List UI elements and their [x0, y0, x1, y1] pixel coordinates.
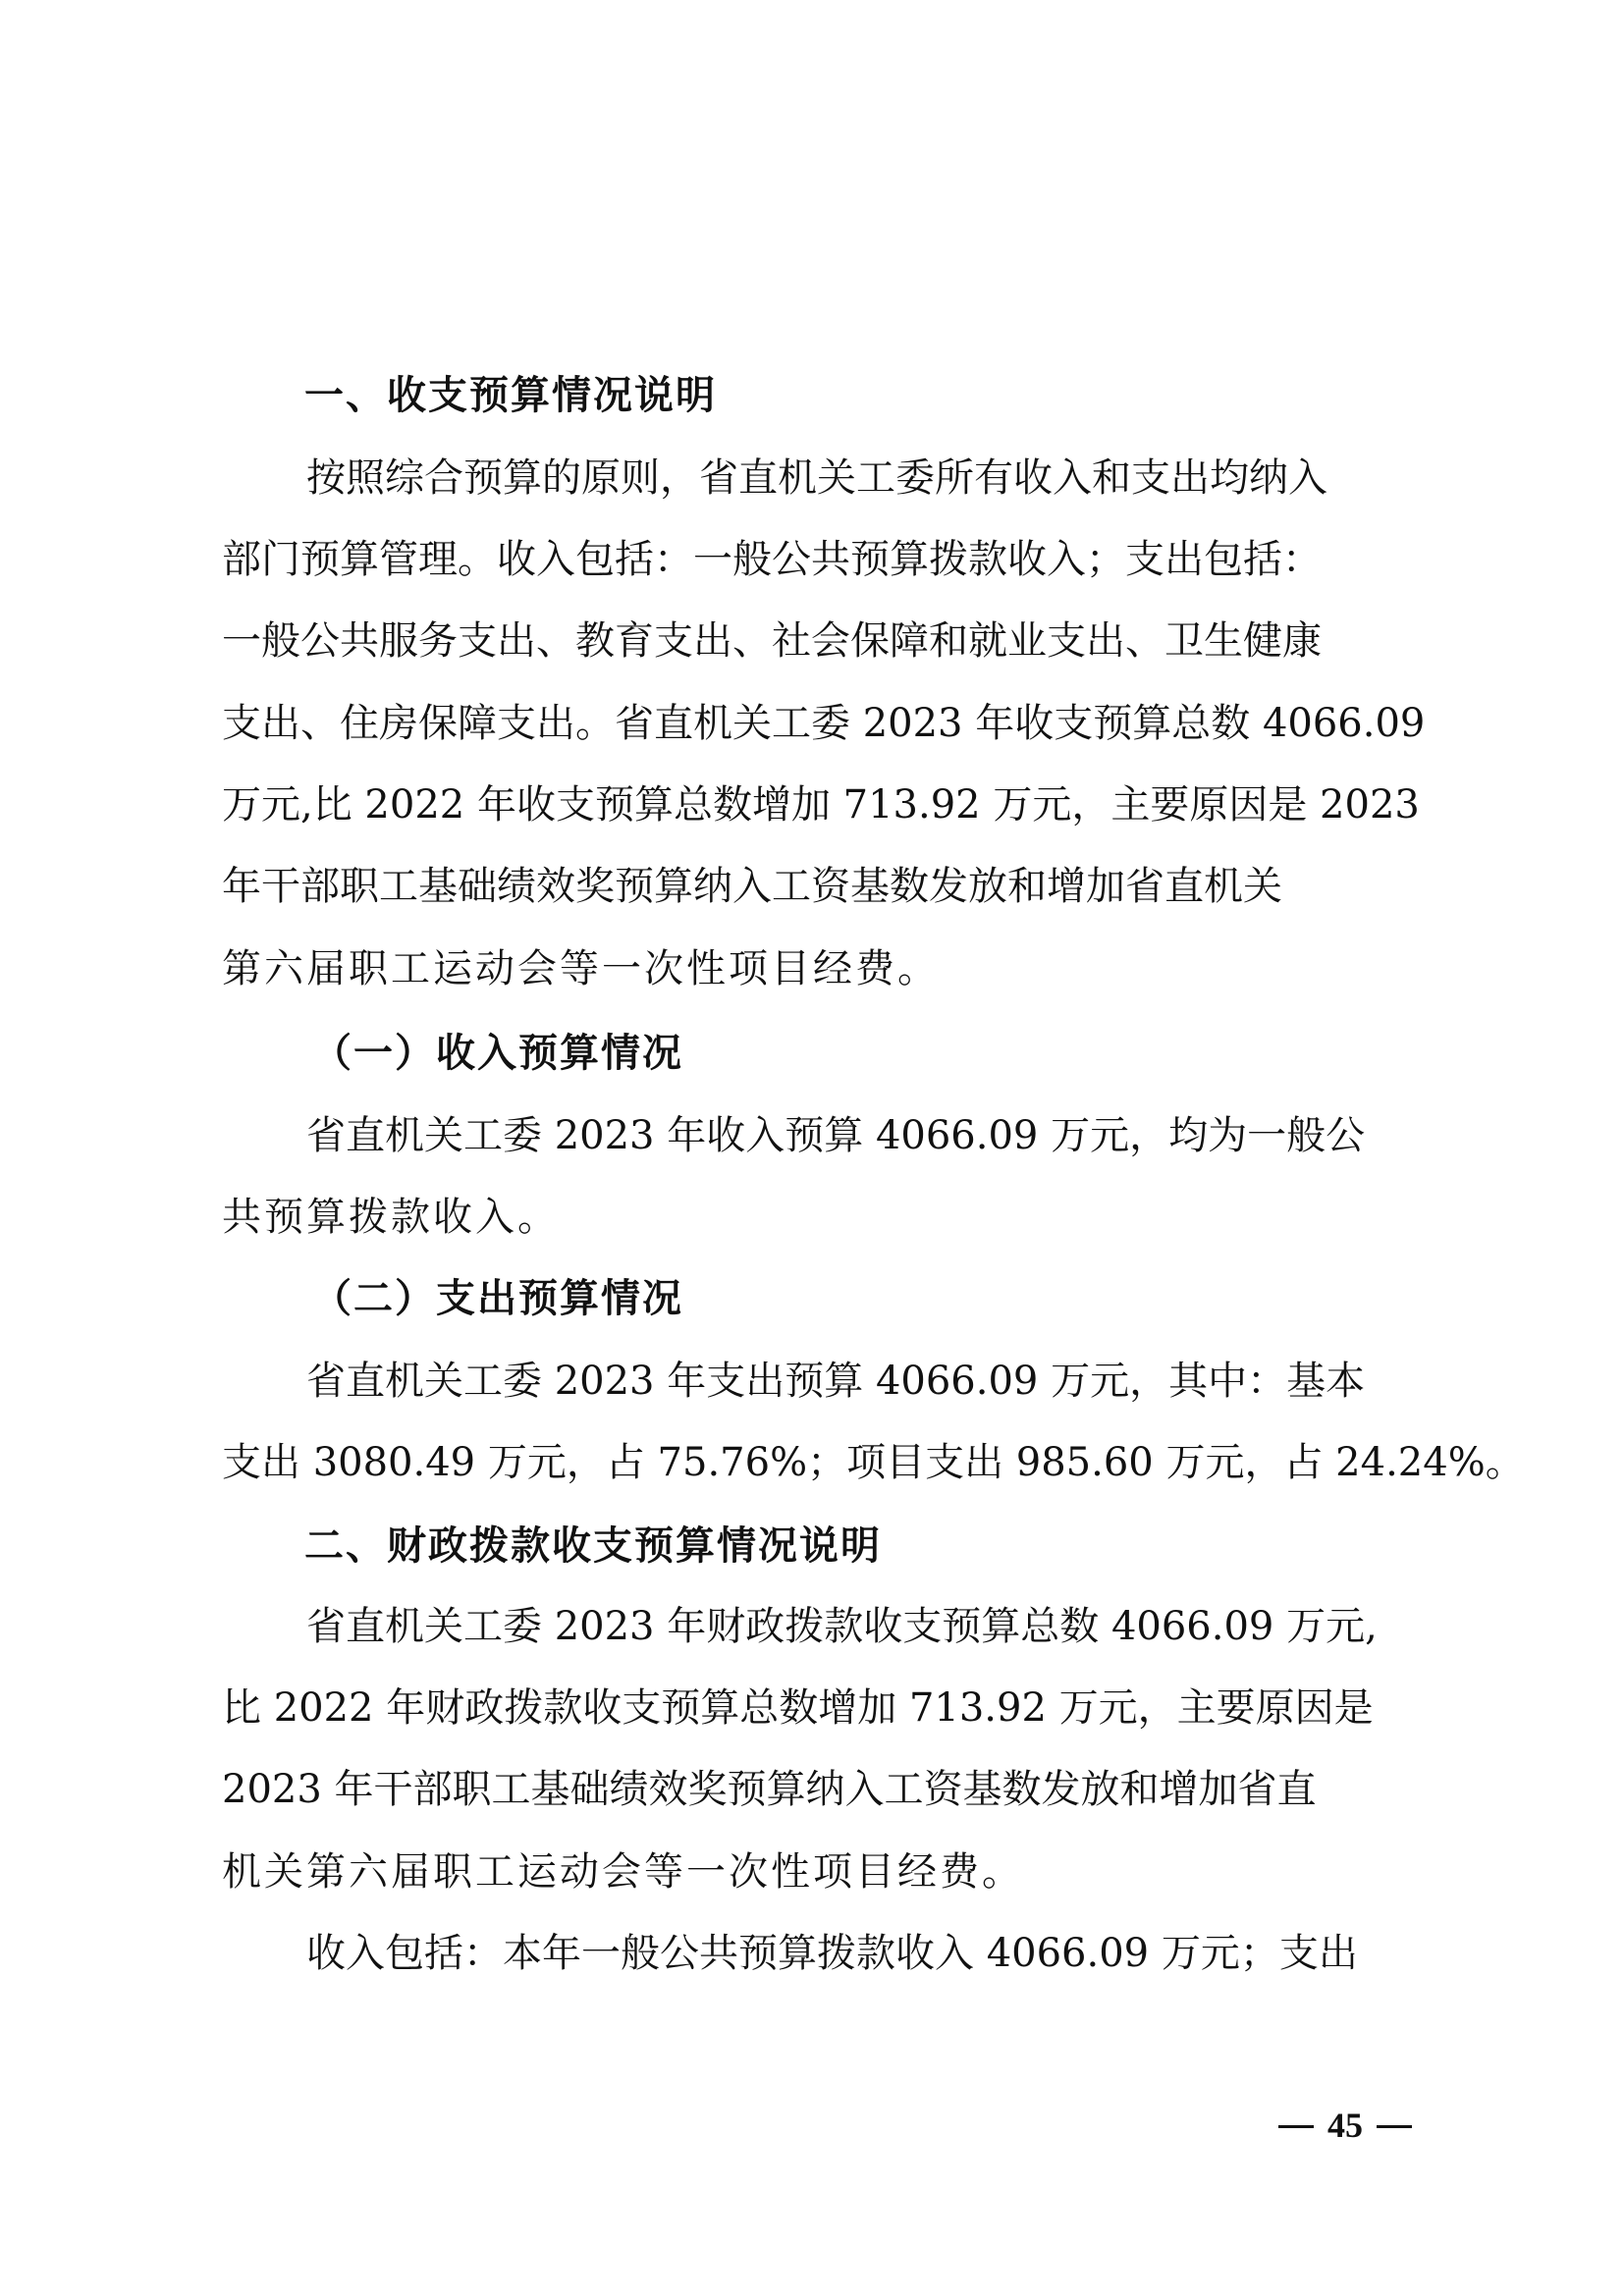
paragraph-line: 万元,比 2022 年收支预算总数增加 713.92 万元，主要原因是 2023: [222, 779, 1422, 830]
paragraph-line: 省直机关工委 2023 年财政拨款收支预算总数 4066.09 万元,: [306, 1601, 1422, 1652]
paragraph-line: 支出 3080.49 万元，占 75.76%；项目支出 985.60 万元，占 …: [222, 1437, 1422, 1488]
paragraph-line: 支出、住房保障支出。省直机关工委 2023 年收支预算总数 4066.09: [222, 698, 1422, 749]
paragraph-line: 比 2022 年财政拨款收支预算总数增加 713.92 万元，主要原因是: [222, 1682, 1422, 1734]
paragraph-line: 2023 年干部职工基础绩效奖预算纳入工资基数发放和增加省直: [222, 1764, 1422, 1815]
section-heading-1: 一、收支预算情况说明: [304, 370, 717, 421]
paragraph-line: 第六届职工运动会等一次性项目经费。: [222, 943, 940, 994]
paragraph-line: 部门预算管理。收入包括：一般公共预算拨款收入；支出包括：: [222, 534, 1422, 585]
document-page: 一、收支预算情况说明 按照综合预算的原则，省直机关工委所有收入和支出均纳入 部门…: [0, 0, 1624, 2296]
dash-left: [1278, 2125, 1314, 2128]
subsection-heading-income: （一）收入预算情况: [312, 1028, 683, 1079]
paragraph-line: 收入包括：本年一般公共预算拨款收入 4066.09 万元；支出: [306, 1928, 1422, 1979]
page-number-value: 45: [1327, 2106, 1363, 2145]
paragraph-line: 年干部职工基础绩效奖预算纳入工资基数发放和增加省直机关: [222, 861, 1422, 912]
page-number: 45: [1247, 2101, 1443, 2150]
dash-right: [1377, 2125, 1412, 2128]
subsection-heading-expenditure: （二）支出预算情况: [312, 1273, 683, 1324]
paragraph-line: 按照综合预算的原则，省直机关工委所有收入和支出均纳入: [306, 453, 1422, 504]
paragraph-line: 省直机关工委 2023 年支出预算 4066.09 万元，其中：基本: [306, 1356, 1422, 1407]
section-heading-2: 二、财政拨款收支预算情况说明: [304, 1521, 882, 1572]
paragraph-line: 机关第六届职工运动会等一次性项目经费。: [222, 1846, 1024, 1897]
paragraph-line: 共预算拨款收入。: [222, 1192, 560, 1243]
paragraph-line: 省直机关工委 2023 年收入预算 4066.09 万元，均为一般公: [306, 1110, 1422, 1161]
paragraph-line: 一般公共服务支出、教育支出、社会保障和就业支出、卫生健康: [222, 615, 1422, 667]
